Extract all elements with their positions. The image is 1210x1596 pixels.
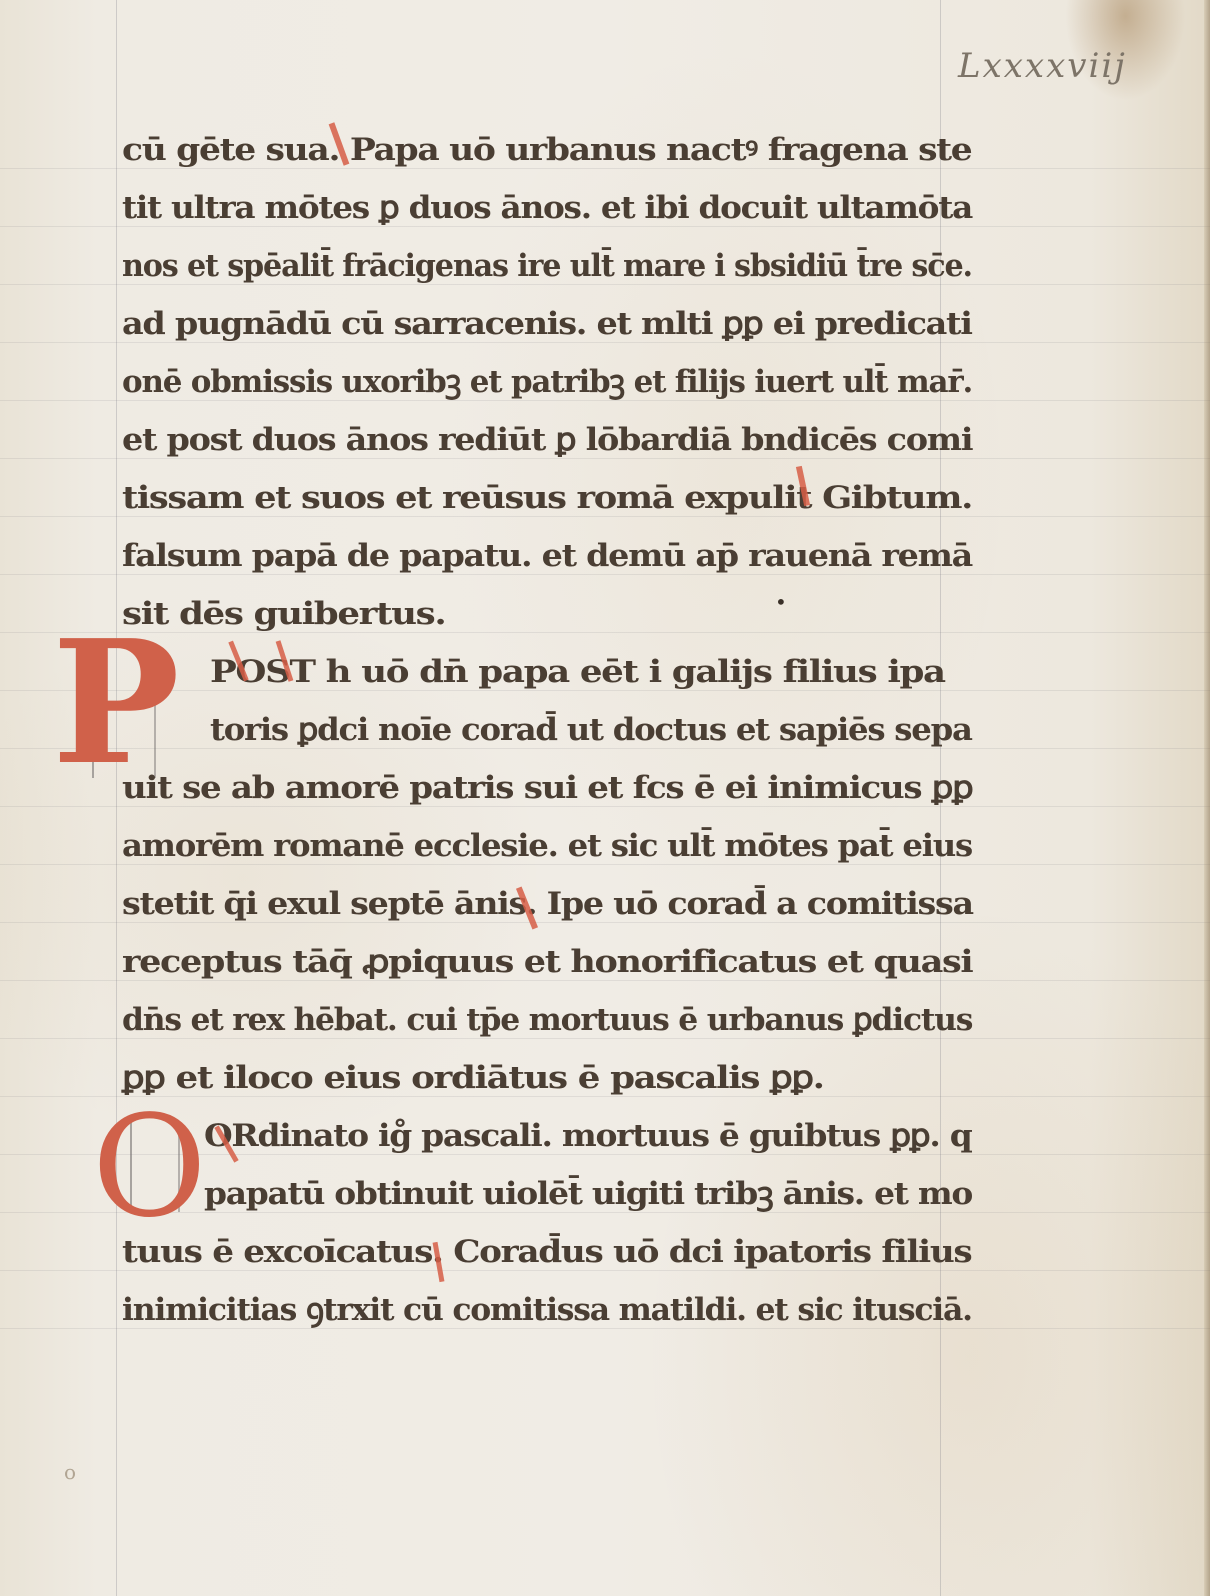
text-line: inimicitias ꝯtrxit cū comitissa matildi.… xyxy=(122,1290,972,1330)
text-line: sit dēs guibertus. xyxy=(122,594,445,634)
folio-number: Lxxxxviij xyxy=(958,46,1127,86)
text-line: tuus ē excoīcatus. Corad̄us uō dci ipato… xyxy=(122,1232,971,1272)
text-line: ꝑꝑ et iloco eius ordiātus ē pascalis ꝑꝑ. xyxy=(122,1058,824,1098)
page-edge xyxy=(1204,0,1210,1596)
text-line: dn̄s et rex hēbat. cui tp̄e mortuus ē ur… xyxy=(122,1000,972,1040)
text-line: tissam et suos et reūsus romā expulit Gi… xyxy=(122,478,972,518)
text-line: stetit q̄i exul septē ānis. Ipe uō corad… xyxy=(122,884,973,924)
stray-mark: o xyxy=(64,1460,76,1484)
decorated-initial-o: O xyxy=(92,1108,207,1228)
text-line: POST h uō dn̄ papa eēt i galijs filius i… xyxy=(210,652,945,692)
text-line: toris ꝑdci noīe corad̄ ut doctus et sapi… xyxy=(210,710,972,750)
text-line: et post duos ānos rediūt ꝑ lōbardiā bndi… xyxy=(122,420,972,460)
text-line: receptus tāq̄ ꝓpiquus et honorificatus e… xyxy=(122,942,972,982)
text-line: amorēm romanē ecclesie. et sic ult̄ mōte… xyxy=(122,826,972,866)
manuscript-page: Lxxxxviij P O cū gēte sua. Papa uō urban… xyxy=(0,0,1210,1596)
ink-speck: • xyxy=(775,590,787,614)
text-line: nos et spēalit̄ frācigenas ire ult̄ mare… xyxy=(122,246,972,286)
text-line: papatū obtinuit uiolēt̄ uigiti tribꝫ āni… xyxy=(204,1174,972,1214)
decorated-initial-p: P xyxy=(52,618,180,788)
text-line: tit ultra mōtes ꝑ duos ānos. et ibi docu… xyxy=(122,188,972,228)
text-line: ORdinato ig̊ pascali. mortuus ē guibtus … xyxy=(204,1116,972,1156)
text-line: onē obmissis uxoribꝫ et patribꝫ et filij… xyxy=(122,362,972,402)
text-line: uit se ab amorē patris sui et fcs ē ei i… xyxy=(122,768,972,808)
text-line: ad pugnādū cū sarracenis. et mlti ꝑꝑ ei … xyxy=(122,304,972,344)
text-line: falsum papā de papatu. et demū ap̄ rauen… xyxy=(122,536,972,576)
text-line: cū gēte sua. Papa uō urbanus nactꝰ frage… xyxy=(122,130,971,170)
